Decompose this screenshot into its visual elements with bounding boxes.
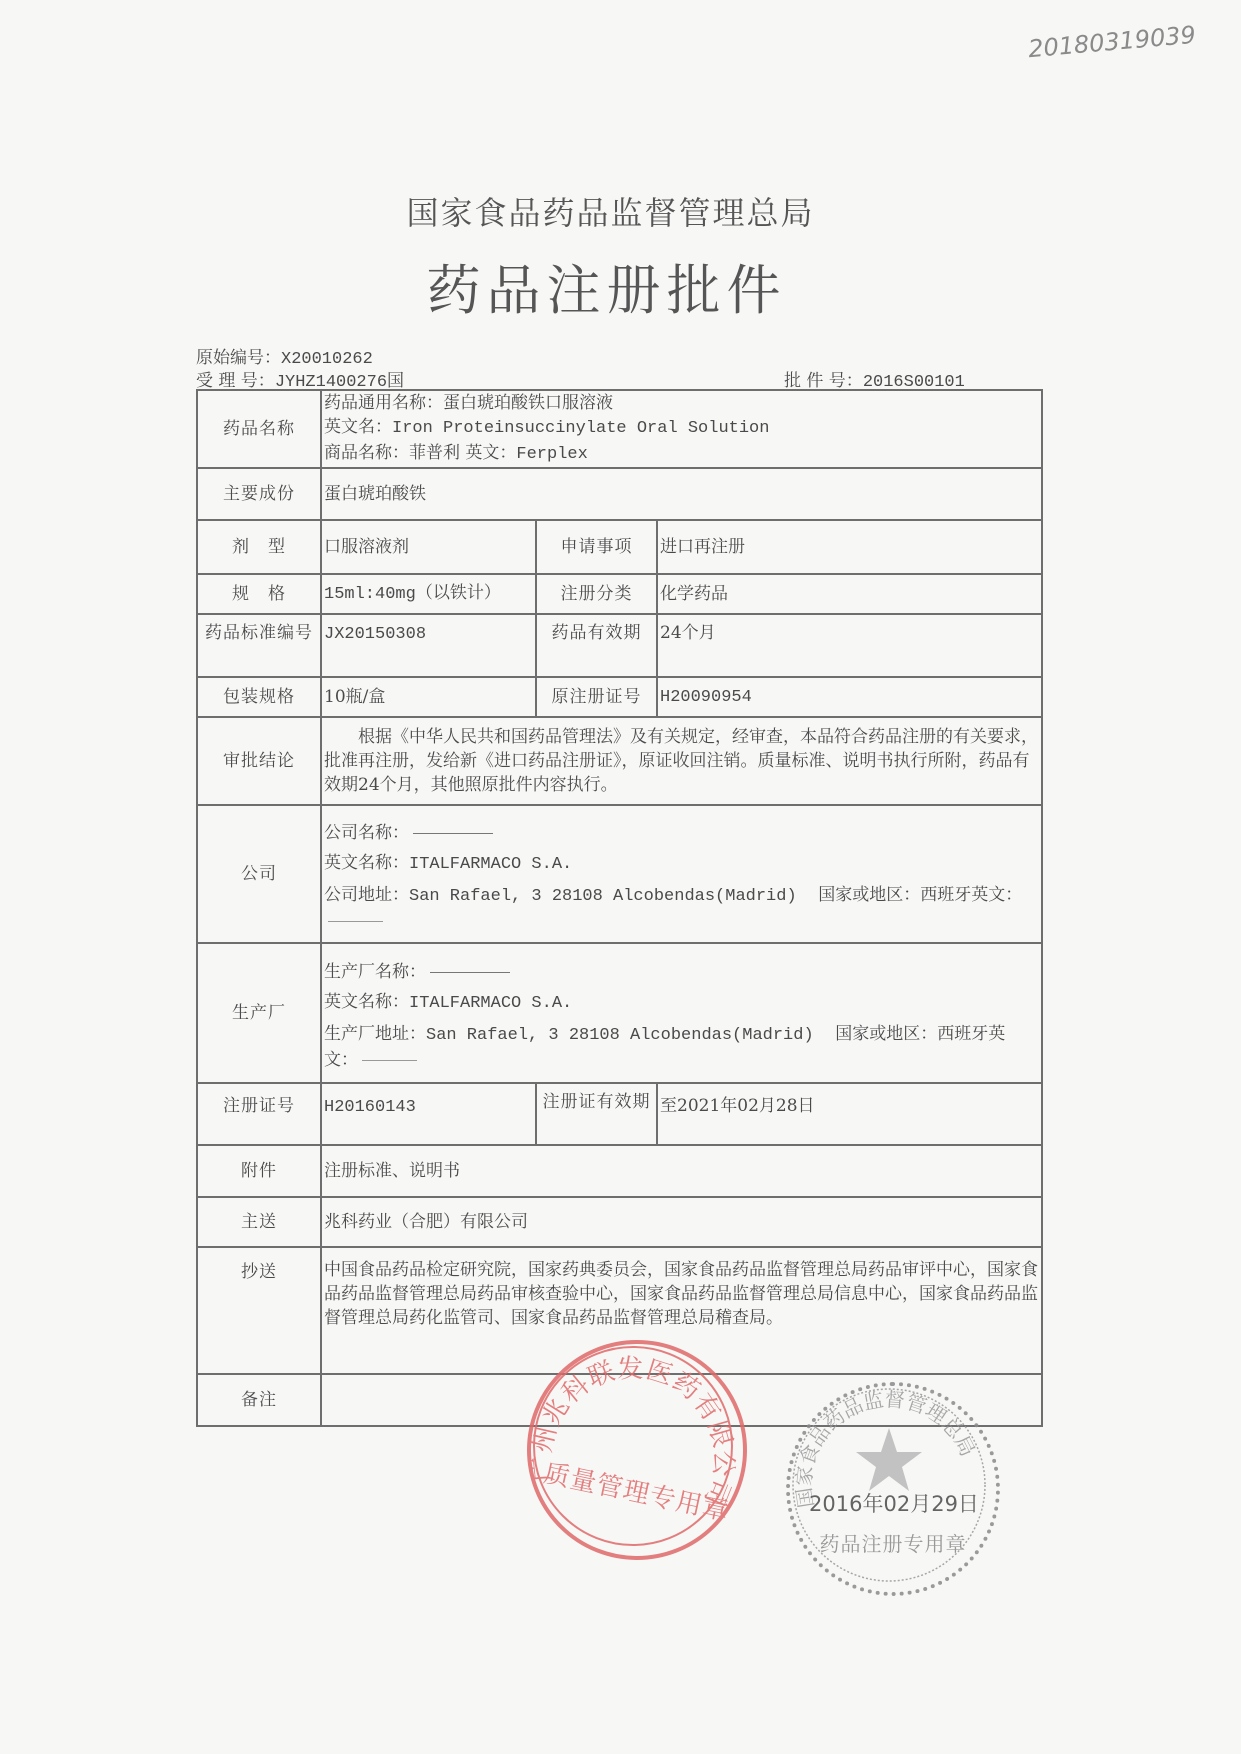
blank-line (413, 833, 493, 834)
star-icon (856, 1428, 922, 1491)
label-shelf-life: 药品有效期 (536, 614, 657, 677)
label-company: 公司 (197, 805, 321, 943)
row-packaging: 包装规格 10瓶/盒 原注册证号 H20090954 (197, 677, 1042, 717)
label-specification: 规 格 (197, 574, 321, 614)
blank-line (430, 972, 510, 973)
row-dosage-form: 剂 型 口服溶液剂 申请事项 进口再注册 (197, 520, 1042, 574)
row-standard-no: 药品标准编号 JX20150308 药品有效期 24个月 (197, 614, 1042, 677)
row-cert-no: 注册证号 H20160143 注册证有效期 至2021年02月28日 (197, 1083, 1042, 1145)
label-application-item: 申请事项 (536, 520, 657, 574)
row-attachments: 附件 注册标准、说明书 (197, 1145, 1042, 1197)
label-manufacturer: 生产厂 (197, 943, 321, 1083)
label-original-cert-no: 原注册证号 (536, 677, 657, 717)
value-cert-validity: 至2021年02月28日 (657, 1083, 1042, 1145)
value-dosage-form: 口服溶液剂 (321, 520, 536, 574)
row-conclusion: 审批结论 根据《中华人民共和国药品管理法》及有关规定，经审查，本品符合药品注册的… (197, 717, 1042, 805)
label-cert-no: 注册证号 (197, 1083, 321, 1145)
blank-line (362, 1060, 417, 1061)
value-conclusion: 根据《中华人民共和国药品管理法》及有关规定，经审查，本品符合药品注册的有关要求，… (321, 717, 1042, 805)
value-packaging: 10瓶/盒 (321, 677, 536, 717)
label-drug-name: 药品名称 (197, 390, 321, 468)
company-quality-seal: 广州兆科联发医药有限公司 质量管理专用章 (527, 1340, 747, 1560)
seal-purpose: 药品注册专用章 (790, 1528, 996, 1557)
label-remarks: 备注 (197, 1374, 321, 1426)
label-cert-validity: 注册证有效期 (536, 1083, 657, 1145)
value-shelf-life: 24个月 (657, 614, 1042, 677)
value-registration-category: 化学药品 (657, 574, 1042, 614)
value-specification: 15ml:40mg（以铁计） (321, 574, 536, 614)
value-manufacturer: 生产厂名称： 英文名称：ITALFARMACO S.A. 生产厂地址：San R… (321, 943, 1042, 1083)
handwritten-archive-number: 20180319039 (1027, 21, 1197, 64)
value-main-recipient: 兆科药业（合肥）有限公司 (321, 1197, 1042, 1247)
label-main-recipient: 主送 (197, 1197, 321, 1247)
document-title: 药品注册批件 (0, 248, 1241, 325)
label-cc: 抄送 (197, 1247, 321, 1374)
registration-seal: 国家食品药品监督管理总局 2016年02月29日 药品注册专用章 (786, 1382, 1000, 1596)
label-registration-category: 注册分类 (536, 574, 657, 614)
label-dosage-form: 剂 型 (197, 520, 321, 574)
label-packaging: 包装规格 (197, 677, 321, 717)
label-conclusion: 审批结论 (197, 717, 321, 805)
value-drug-name: 药品通用名称：蛋白琥珀酸铁口服溶液 英文名：Iron Proteinsuccin… (321, 390, 1042, 468)
blank-line (328, 921, 383, 922)
registration-table: 药品名称 药品通用名称：蛋白琥珀酸铁口服溶液 英文名：Iron Proteins… (196, 389, 1043, 1427)
issuing-agency: 国家食品药品监督管理总局 (0, 188, 1241, 234)
label-main-ingredient: 主要成份 (197, 468, 321, 520)
value-attachments: 注册标准、说明书 (321, 1145, 1042, 1197)
value-application-item: 进口再注册 (657, 520, 1042, 574)
row-company: 公司 公司名称： 英文名称：ITALFARMACO S.A. 公司地址：San … (197, 805, 1042, 943)
label-standard-no: 药品标准编号 (197, 614, 321, 677)
value-main-ingredient: 蛋白琥珀酸铁 (321, 468, 1042, 520)
row-main-ingredient: 主要成份 蛋白琥珀酸铁 (197, 468, 1042, 520)
value-company: 公司名称： 英文名称：ITALFARMACO S.A. 公司地址：San Raf… (321, 805, 1042, 943)
value-cert-no: H20160143 (321, 1083, 536, 1145)
row-specification: 规 格 15ml:40mg（以铁计） 注册分类 化学药品 (197, 574, 1042, 614)
seal-date: 2016年02月29日 (804, 1488, 984, 1518)
row-manufacturer: 生产厂 生产厂名称： 英文名称：ITALFARMACO S.A. 生产厂地址：S… (197, 943, 1042, 1083)
row-main-recipient: 主送 兆科药业（合肥）有限公司 (197, 1197, 1042, 1247)
label-attachments: 附件 (197, 1145, 321, 1197)
row-drug-name: 药品名称 药品通用名称：蛋白琥珀酸铁口服溶液 英文名：Iron Proteins… (197, 390, 1042, 468)
value-standard-no: JX20150308 (321, 614, 536, 677)
value-original-cert-no: H20090954 (657, 677, 1042, 717)
